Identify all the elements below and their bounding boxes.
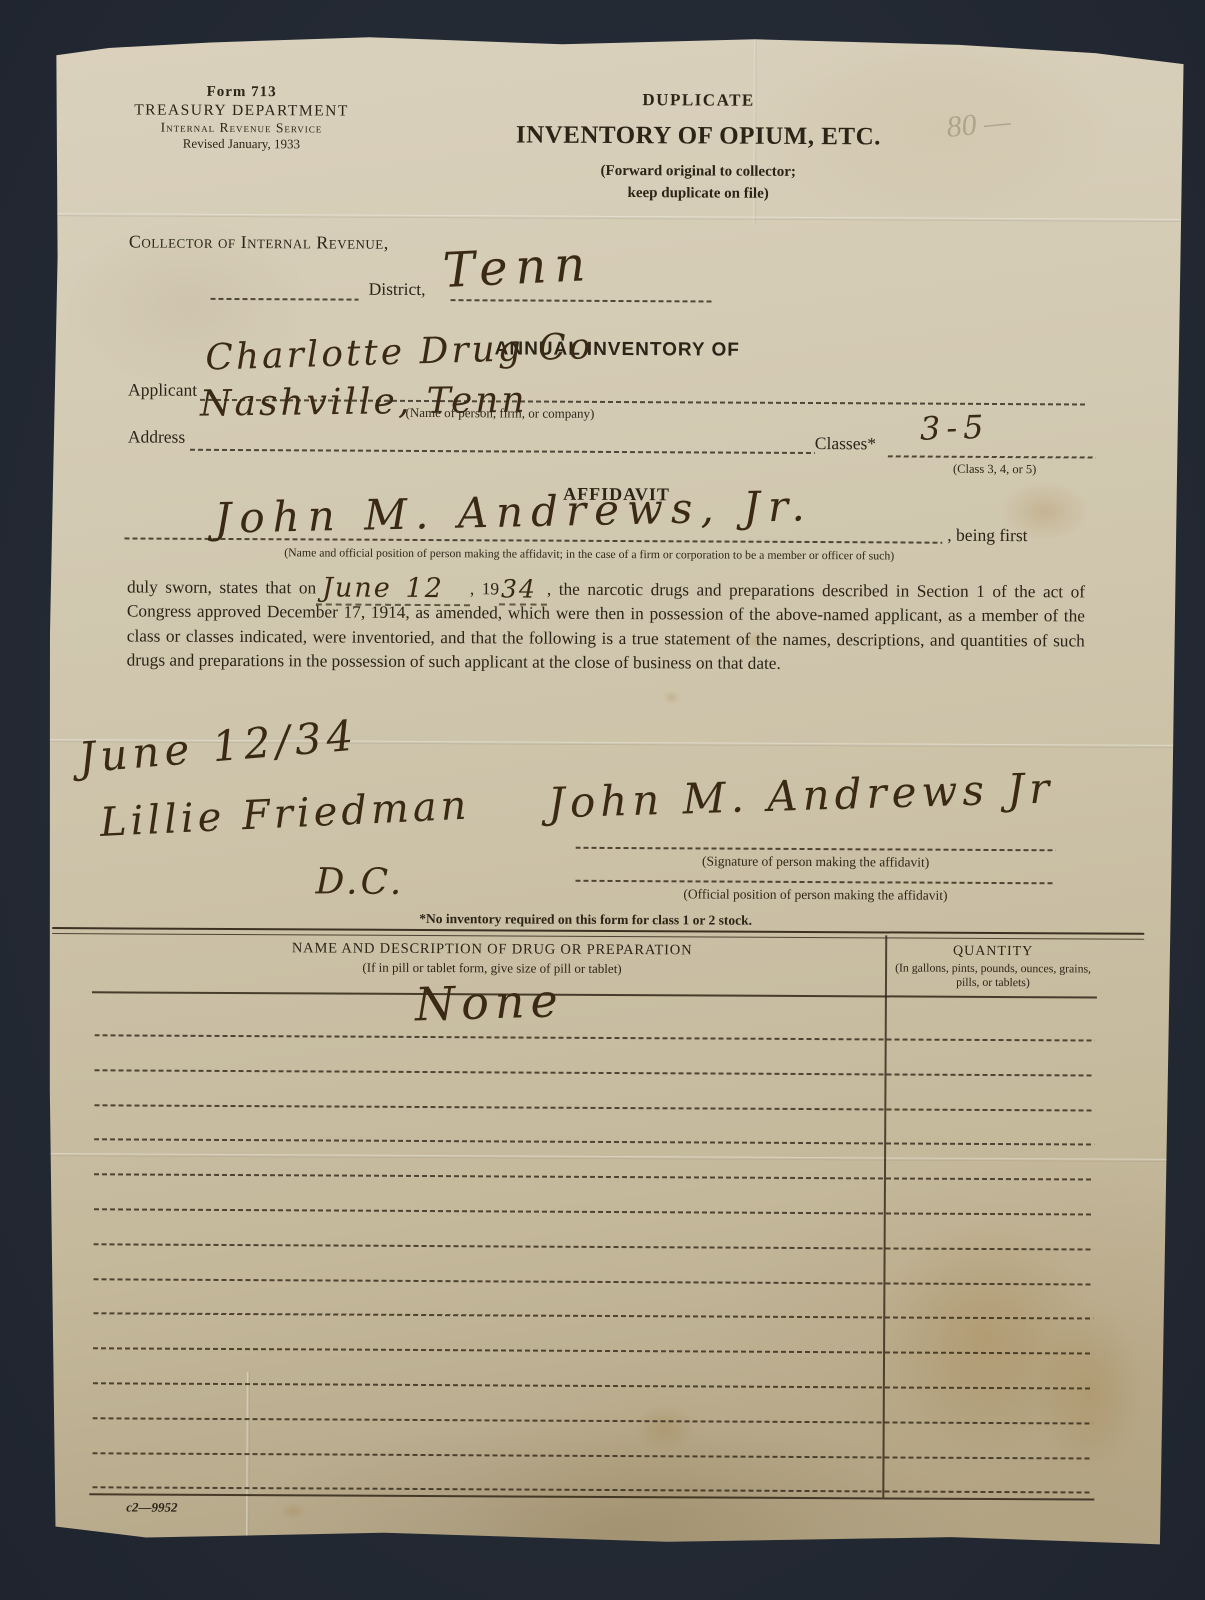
signature-caption: (Signature of person making the affidavi… [576,853,1056,872]
stain [662,690,680,704]
stain [635,1404,695,1452]
dotted-line [190,449,815,454]
address-label: Address [128,426,185,447]
address-handwritten-value: Nashville, Tenn [200,383,528,423]
classes-handwritten-value: 3-5 [919,411,989,445]
deputy-handwritten-name: Lillie Friedman [99,786,471,843]
being-first-label: , being first [947,525,1027,546]
inventory-row-line [93,1278,1093,1285]
district-label: District, [369,279,426,300]
applicant-handwritten-value: Charlotte Drug Co [205,329,594,377]
table-column-divider [882,935,887,1497]
page-title: INVENTORY OF OPIUM, ETC. [211,120,1185,153]
deputy-title-handwritten: D.C. [315,864,404,900]
inventory-row-line [93,1347,1093,1354]
instruction-line-1: (Forward original to collector; [211,161,1185,183]
classes-caption: (Class 3, 4, or 5) [895,461,1095,477]
class-stock-footnote: *No inventory required on this form for … [419,911,752,929]
table-header-rule [92,991,1097,998]
table-col1-header: NAME AND DESCRIPTION OF DRUG OR PREPARAT… [107,939,877,960]
stain [280,1502,306,1520]
fold-crease [246,1372,250,1544]
affiant-signature-handwritten: John M. Andrews Jr [547,767,1054,824]
inventory-row-line [93,1452,1093,1459]
inventory-row-line [92,1487,1092,1494]
table-col2-header: QUANTITY [895,943,1091,960]
dotted-line [451,299,713,302]
inventory-row-line [94,1208,1094,1215]
date-handwritten-value: June 12 [316,572,470,606]
inventory-row-line [95,1069,1095,1076]
affiant-caption: (Name and official position of person ma… [139,545,1039,565]
applicant-label: Applicant [128,379,197,400]
table-col2-subheader: (In gallons, pints, pounds, ounces, grai… [893,960,1093,989]
inventory-row-line [94,1139,1094,1146]
year-handwritten-value: 34 [499,574,547,605]
stain [1034,1306,1145,1477]
fold-crease [51,213,1185,222]
form-print-code: c2—9952 [126,1499,177,1515]
dotted-line [576,847,1056,852]
photo-background: 80 — Form 713 TREASURY DEPARTMENT Intern… [0,0,1205,1600]
date-note-handwritten: June 12/34 [77,715,360,780]
table-bottom-rule [89,1493,1094,1500]
district-handwritten-value: Tenn [442,240,595,295]
affiant-handwritten-name: John M. Andrews, Jr. [214,485,813,540]
inventory-row-line [93,1313,1093,1320]
dotted-line [211,298,359,301]
form-document: 80 — Form 713 TREASURY DEPARTMENT Intern… [44,31,1186,1549]
fold-crease [46,1153,1180,1162]
position-caption: (Official position of person making the … [575,886,1055,905]
inventory-row-line [93,1417,1093,1424]
affidavit-body-paragraph: duly sworn, states that onJune 12, 1934,… [127,575,1085,677]
dotted-line [576,880,1056,885]
inventory-blank-rows [52,31,1186,37]
dotted-line [888,455,1096,458]
collector-label: Collector of Internal Revenue, [129,231,389,253]
body-text-before-date: duly sworn, states that on [127,577,316,597]
table-top-rule [52,927,1144,940]
instruction-line-2: keep duplicate on file) [211,183,1185,205]
inventory-entry-handwritten: None [414,977,564,1027]
inventory-row-line [95,1034,1095,1041]
inventory-row-line [94,1173,1094,1180]
inventory-row-line [93,1382,1093,1389]
inventory-row-line [94,1104,1094,1111]
inventory-row-line [94,1243,1094,1250]
year-prefix: , 19 [470,579,499,598]
classes-label: Classes* [815,433,876,454]
